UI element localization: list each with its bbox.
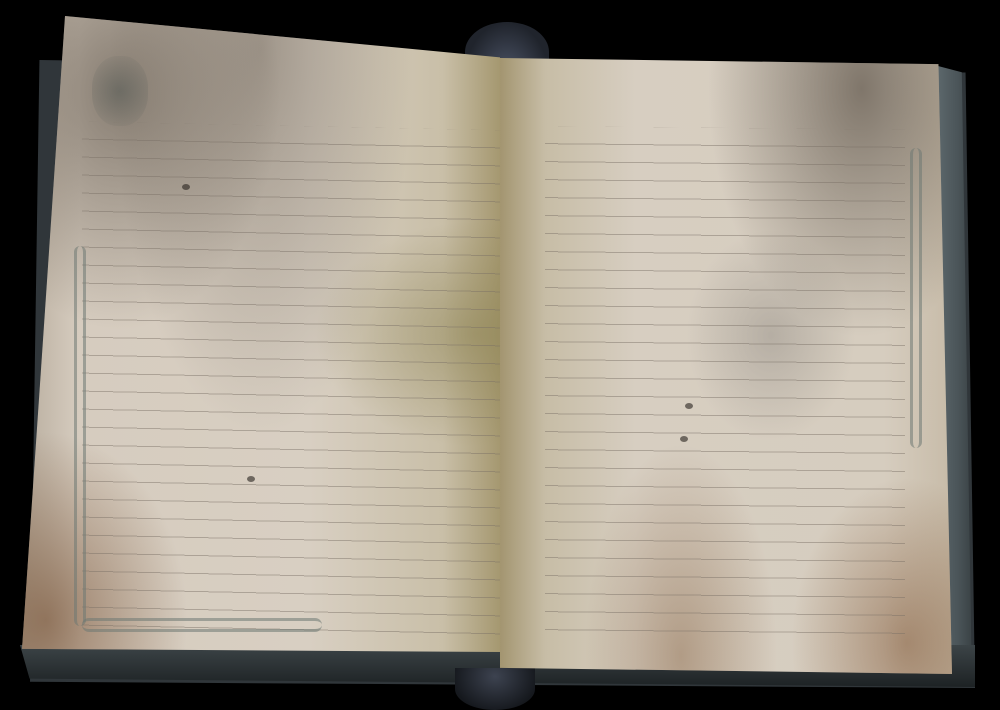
notebook-photo [0,0,1000,710]
vine-ornament-icon [910,148,922,448]
right-page [500,58,952,674]
bookmark-ribbon-bottom [455,668,535,710]
ink-spot [247,476,255,482]
ruled-lines [545,126,905,650]
ruled-lines [82,122,500,651]
scroll-ornament-icon [82,618,322,632]
crest-ornament-icon [92,56,148,126]
ink-spot [182,184,190,190]
ink-spot [680,436,688,442]
left-page [22,16,500,652]
vine-ornament-icon [74,246,86,626]
ink-spot [685,403,693,409]
